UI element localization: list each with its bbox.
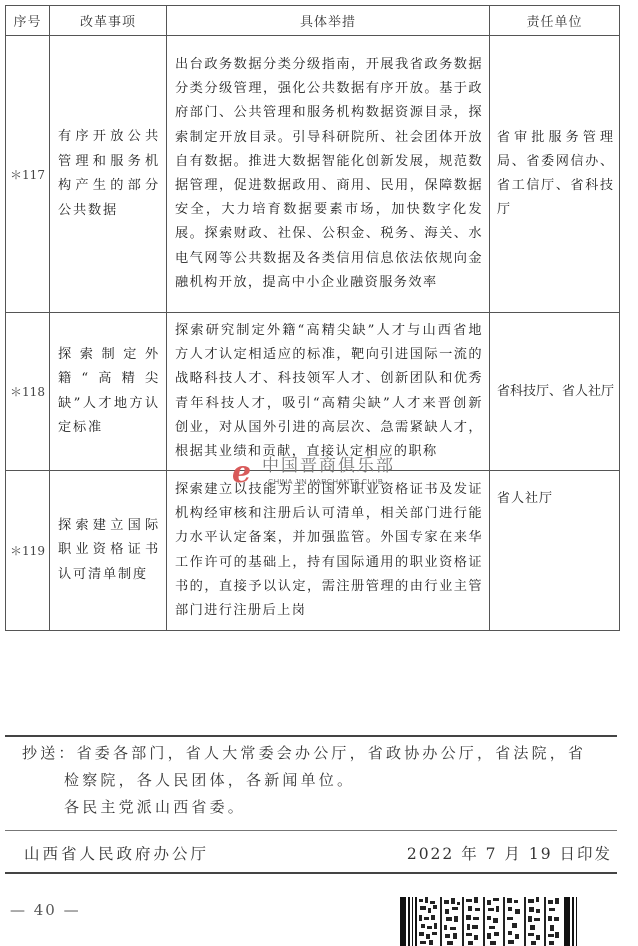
row-number: ＊118 bbox=[6, 313, 50, 471]
measures-text: 出台政务数据分类分级指南，开展我省政务数据分类分级管理，强化公共数据有序开放。基… bbox=[167, 53, 489, 295]
reform-item: 有序开放公共管理和服务机构产生的部分公共数据 bbox=[50, 125, 166, 223]
responsible-unit: 省审批服务管理局、省委网信办、省工信厅、省科技厅 bbox=[490, 126, 619, 222]
reform-measures-table: 序号 改革事项 具体举措 责任单位 ＊117 有序开放公共管理和服务机构产生的部… bbox=[5, 5, 620, 631]
issuer: 山西省人民政府办公厅 bbox=[24, 842, 209, 864]
table-row: ＊118 探索制定外籍“高精尖缺”人才地方认定标准 探索研究制定外籍“高精尖缺”… bbox=[6, 313, 620, 471]
row-number: ＊119 bbox=[6, 471, 50, 631]
table-row: ＊117 有序开放公共管理和服务机构产生的部分公共数据 出台政务数据分类分级指南… bbox=[6, 36, 620, 313]
cc-label: 抄送： bbox=[22, 744, 77, 762]
issue-date: 2022 年 7 月 19 日印发 bbox=[407, 842, 612, 864]
header-reform-item: 改革事项 bbox=[50, 6, 167, 36]
cc-line-3: 各民主党派山西省委。 bbox=[22, 794, 586, 821]
responsible-unit: 省人社厅 bbox=[490, 487, 619, 511]
reform-item: 探索建立国际职业资格证书认可清单制度 bbox=[50, 514, 166, 588]
divider-bottom bbox=[5, 872, 617, 874]
header-number: 序号 bbox=[6, 6, 50, 36]
measures-text: 探索建立以技能为主的国外职业资格证书及发证机构经审核和注册后认可清单，相关部门进… bbox=[167, 478, 489, 623]
divider-top bbox=[5, 735, 617, 737]
reform-item: 探索制定外籍“高精尖缺”人才地方认定标准 bbox=[50, 343, 166, 441]
cc-line-2: 检察院，各人民团体，各新闻单位。 bbox=[22, 767, 586, 794]
measures-text: 探索研究制定外籍“高精尖缺”人才与山西省地方人才认定相适应的标准，靶向引进国际一… bbox=[167, 319, 489, 464]
divider-middle bbox=[5, 830, 617, 831]
table-header-row: 序号 改革事项 具体举措 责任单位 bbox=[6, 6, 620, 36]
barcode-icon bbox=[400, 897, 580, 946]
row-number: ＊117 bbox=[6, 36, 50, 313]
table-row: ＊119 探索建立国际职业资格证书认可清单制度 探索建立以技能为主的国外职业资格… bbox=[6, 471, 620, 631]
header-responsible-unit: 责任单位 bbox=[490, 6, 620, 36]
responsible-unit: 省科技厅、省人社厅 bbox=[490, 380, 619, 404]
cc-block: 抄送：省委各部门，省人大常委会办公厅，省政协办公厅，省法院，省 检察院，各人民团… bbox=[22, 740, 586, 821]
header-measures: 具体举措 bbox=[167, 6, 490, 36]
cc-line-1: 抄送：省委各部门，省人大常委会办公厅，省政协办公厅，省法院，省 bbox=[22, 740, 586, 767]
page-number: — 40 — bbox=[10, 901, 81, 919]
